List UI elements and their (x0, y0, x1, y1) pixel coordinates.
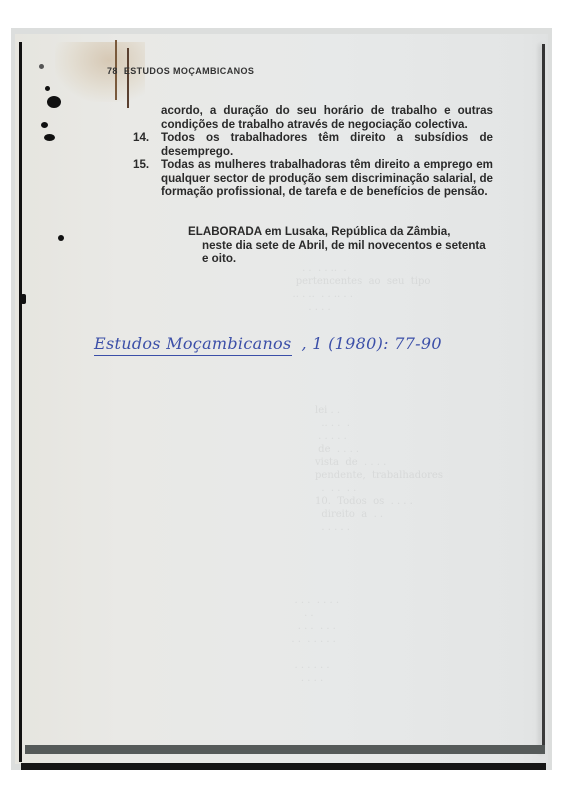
item-text: Todos os trabalhadores têm direito a sub… (161, 131, 493, 158)
bleed-through-text: lei . . .. . . . . . . . . de . . . . vi… (315, 404, 443, 534)
item-number: 14. (133, 131, 161, 158)
ink-blot (44, 134, 55, 141)
ink-blot (41, 122, 48, 128)
item-text: Todas as mulheres trabalhadoras têm dire… (161, 158, 493, 199)
page-bottom-shadow (25, 745, 545, 754)
closing-statement: ELABORADA em Lusaka, República da Zâmbia… (188, 225, 490, 266)
continuation-paragraph: acordo, a duração do seu horário de trab… (133, 104, 493, 131)
list-item: 15. Todas as mulheres trabalhadoras têm … (133, 158, 493, 199)
paragraph-text: acordo, a duração do seu horário de trab… (161, 104, 493, 131)
list-item: 14. Todos os trabalhadores têm direito a… (133, 131, 493, 158)
bleed-through-text: . . . . . . . . . . . . . . . . . . . . … (285, 594, 339, 685)
page-bottom-border (21, 763, 546, 770)
article-body: acordo, a duração do seu horário de trab… (133, 104, 493, 199)
item-number-spacer (133, 104, 161, 131)
running-header: 78ESTUDOS MOÇAMBICANOS (107, 66, 254, 76)
journal-title: ESTUDOS MOÇAMBICANOS (124, 66, 255, 76)
ink-blot (58, 235, 64, 241)
handwritten-citation: Estudos Moçambicanos, 1 (1980): 77-90 (94, 334, 442, 353)
page-right-border (542, 44, 545, 754)
closing-line: ELABORADA em Lusaka, República da Zâmbia… (188, 225, 450, 238)
bleed-through-text: . . . . .. . pertencentes ao seu tipo ..… (283, 262, 430, 314)
page-number: 78 (107, 66, 118, 76)
closing-line-continued: neste dia sete de Abril, de mil novecent… (188, 239, 490, 266)
page-left-border (19, 42, 22, 762)
item-number: 15. (133, 158, 161, 199)
handwritten-volume-pages: , 1 (1980): 77-90 (302, 334, 442, 353)
ink-blot (45, 86, 50, 91)
ink-blot (47, 96, 61, 108)
handwritten-journal-title: Estudos Moçambicanos (94, 334, 292, 356)
stain-streak (127, 48, 129, 108)
ink-blot (39, 64, 44, 69)
